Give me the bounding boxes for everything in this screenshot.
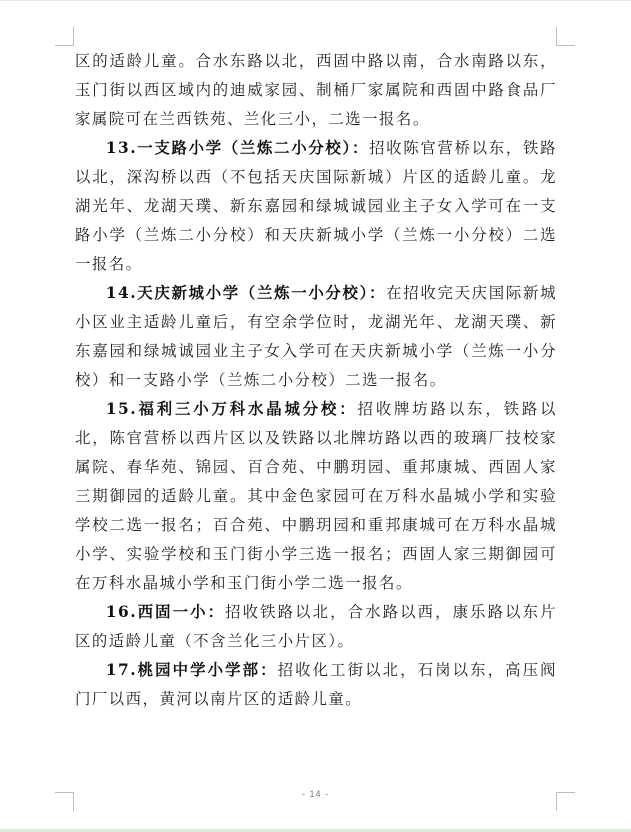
paragraph-text: 区的适龄儿童。合水东路以北，西固中路以南，合水南路以东，玉门街以西区域内的迪威家…: [75, 52, 557, 128]
paragraph-heading: 13.一支路小学（兰炼二小分校）：: [106, 139, 369, 157]
page-number: - 14 -: [0, 789, 631, 799]
paragraph-heading: 14.天庆新城小学（兰炼一小分校）：: [106, 284, 386, 302]
paragraph-heading: 17.桃园中学小学部：: [106, 661, 278, 679]
paragraph-text: 招收陈官营桥以东，铁路以北，深沟桥以西（不包括天庆国际新城）片区的适龄儿童。龙湖…: [75, 139, 557, 273]
paragraph-heading: 16.西固一小：: [106, 603, 225, 621]
paragraph-school-14: 14.天庆新城小学（兰炼一小分校）：在招收完天庆国际新城小区业主适龄儿童后，有空…: [75, 279, 557, 395]
paragraph-continuation: 区的适龄儿童。合水东路以北，西固中路以南，合水南路以东，玉门街以西区域内的迪威家…: [75, 47, 557, 134]
paragraph-heading: 15.福利三小万科水晶城分校：: [106, 400, 358, 418]
page-top-edge: [0, 0, 631, 1]
document-body: 区的适龄儿童。合水东路以北，西固中路以南，合水南路以东，玉门街以西区域内的迪威家…: [75, 47, 557, 714]
paragraph-school-13: 13.一支路小学（兰炼二小分校）：招收陈官营桥以东，铁路以北，深沟桥以西（不包括…: [75, 134, 557, 279]
paragraph-school-16: 16.西固一小：招收铁路以北，合水路以西，康乐路以东片区的适龄儿童（不含兰化三小…: [75, 598, 557, 656]
paragraph-school-15: 15.福利三小万科水晶城分校：招收牌坊路以东，铁路以北，陈官营桥以西片区以及铁路…: [75, 395, 557, 598]
margin-corner-top-left: [55, 27, 74, 46]
paragraph-school-17: 17.桃园中学小学部：招收化工街以北，石岗以东，高压阀门厂以西，黄河以南片区的适…: [75, 656, 557, 714]
paragraph-text: 招收牌坊路以东，铁路以北，陈官营桥以西片区以及铁路以北牌坊路以西的玻璃厂技校家属…: [75, 400, 557, 592]
margin-corner-top-right: [556, 27, 575, 46]
